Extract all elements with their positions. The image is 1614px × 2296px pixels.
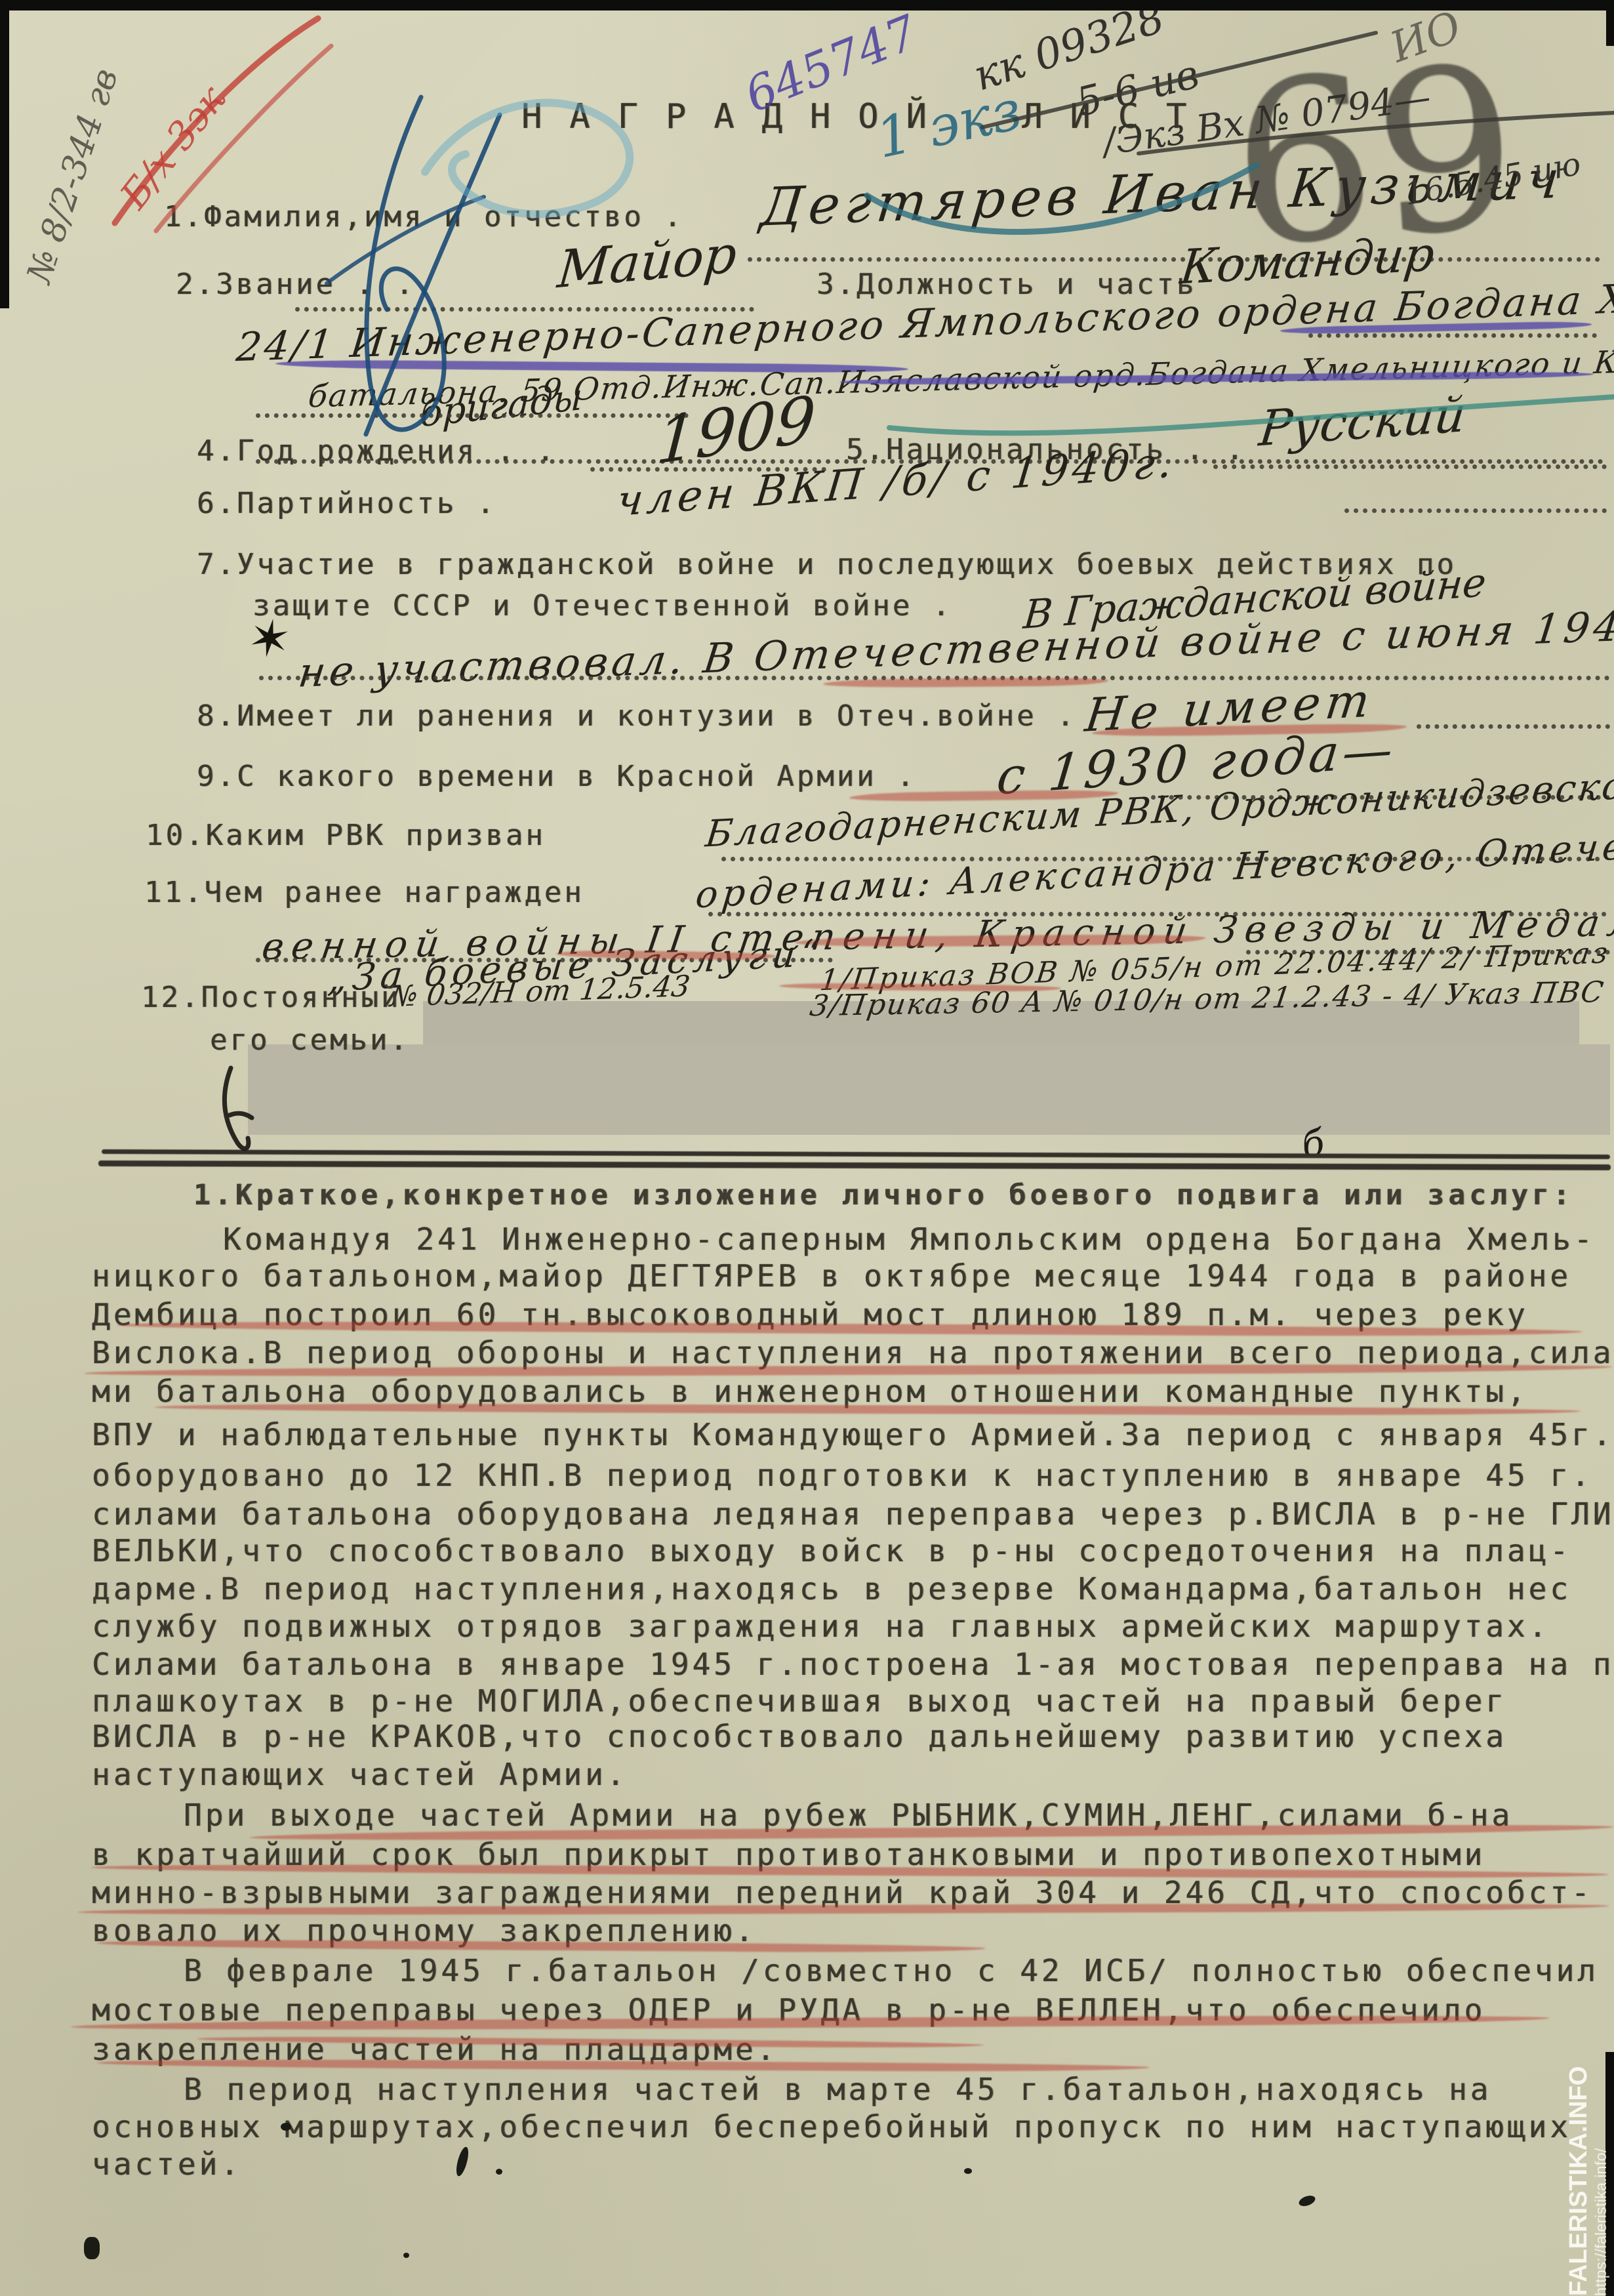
separator-line-top [102,1149,1610,1159]
body-line: ницкого батальоном,майор ДЕГТЯРЕВ в октя… [92,1258,1571,1294]
body-heading: 1.Краткое,конкретное изложение личного б… [193,1179,1574,1212]
field-1-label: 1.Фамилия,имя и отчество . [164,200,684,234]
watermark-site: FALERISTIKA.INFO [1565,2066,1593,2296]
ink-speck [403,2253,409,2258]
field-12-label-line2: его семьи. [210,1023,410,1057]
dotted-leader [1417,724,1610,729]
separator-line-bottom [98,1160,1611,1170]
field-7-label-line2: защите СССР и Отечественной войне . [252,589,952,623]
body-line: В период наступления частей в марте 45 г… [184,2072,1491,2107]
field-2-label: 2.Звание . . [176,268,416,301]
body-line: частей. [92,2146,242,2182]
scan-edge-top [0,0,1614,10]
body-line: оборудовано до 12 КНП.В период подготовк… [92,1458,1593,1493]
red-underline [97,2059,1150,2072]
red-pencil-note: Б/х 3эк [111,77,234,216]
dotted-leader [1308,333,1597,338]
body-line: наступающих частей Армии. [92,1757,628,1792]
corner-ink-blot [84,2237,100,2259]
body-line: Силами батальона в январе 1945 г.построе… [92,1647,1614,1682]
dotted-leader [256,413,689,418]
big-pencil-number: 69 [1226,36,1524,278]
ink-speck [964,2168,972,2174]
dotted-leader [1344,508,1607,513]
field-10-label: 10.Каким РВК призван [146,819,546,852]
watermark-url: https://faleristika.info/ [1592,2073,1611,2296]
ink-speck [496,2169,502,2175]
ink-speck [1297,2194,1316,2208]
field-6-label: 6.Партийность . [197,487,496,520]
field-11-label: 11.Чем ранее награжден [144,876,584,909]
body-line: службу подвижных отрядов заграждения на … [92,1609,1550,1644]
award-sheet-scan: НАГРАДНОЙ ЛИСТ 1.Фамилия,имя и отчество … [0,0,1614,2296]
field-5-value: Русский [1257,386,1468,458]
body-line: ВПУ и наблюдательные пункты Командующего… [92,1417,1614,1452]
dotted-leader [1213,464,1607,469]
blue-copy-note: 1 экз [870,77,1027,171]
body-line: основных маршрутах,обеспечил бесперебойн… [92,2109,1571,2144]
ink-speck [454,2146,470,2177]
ink-speck [281,2123,291,2131]
field-8-label: 8.Имеет ли ранения и контузии в Отеч.вой… [197,699,1077,733]
body-line: силами батальона оборудована ледяная пер… [92,1496,1614,1532]
teal-underline-order [889,397,1613,433]
redaction-box-bottom [248,1044,1610,1135]
field-12-label-line1: 12.Постоянный [141,981,401,1014]
scan-edge-top-right [1606,0,1614,46]
body-line: Командуя 241 Инженерно-саперным Ямпольск… [223,1221,1595,1257]
body-line: ВИСЛА в р-не КРАКОВ,что способствовало д… [92,1719,1507,1754]
body-line: ВЕЛЬКИ,что способствовало выходу войск в… [92,1533,1571,1568]
scan-edge-left [0,0,9,308]
ink-star: ✶ [243,607,296,672]
grey-pencil-note: № 8/2-344 гв [20,64,126,287]
field-4-label: 4.Год рождения . . [197,434,557,468]
body-line: плашкоутах в р-не МОГИЛА,обеспечившая вы… [92,1683,1507,1719]
body-line: В феврале 1945 г.батальон /совместно с 4… [184,1953,1599,1988]
field-2-value: Майор [555,225,739,300]
body-line: дарме.В период наступления,находясь в ре… [92,1571,1571,1607]
field-9-label: 9.С какого времени в Красной Армии . [197,760,917,793]
